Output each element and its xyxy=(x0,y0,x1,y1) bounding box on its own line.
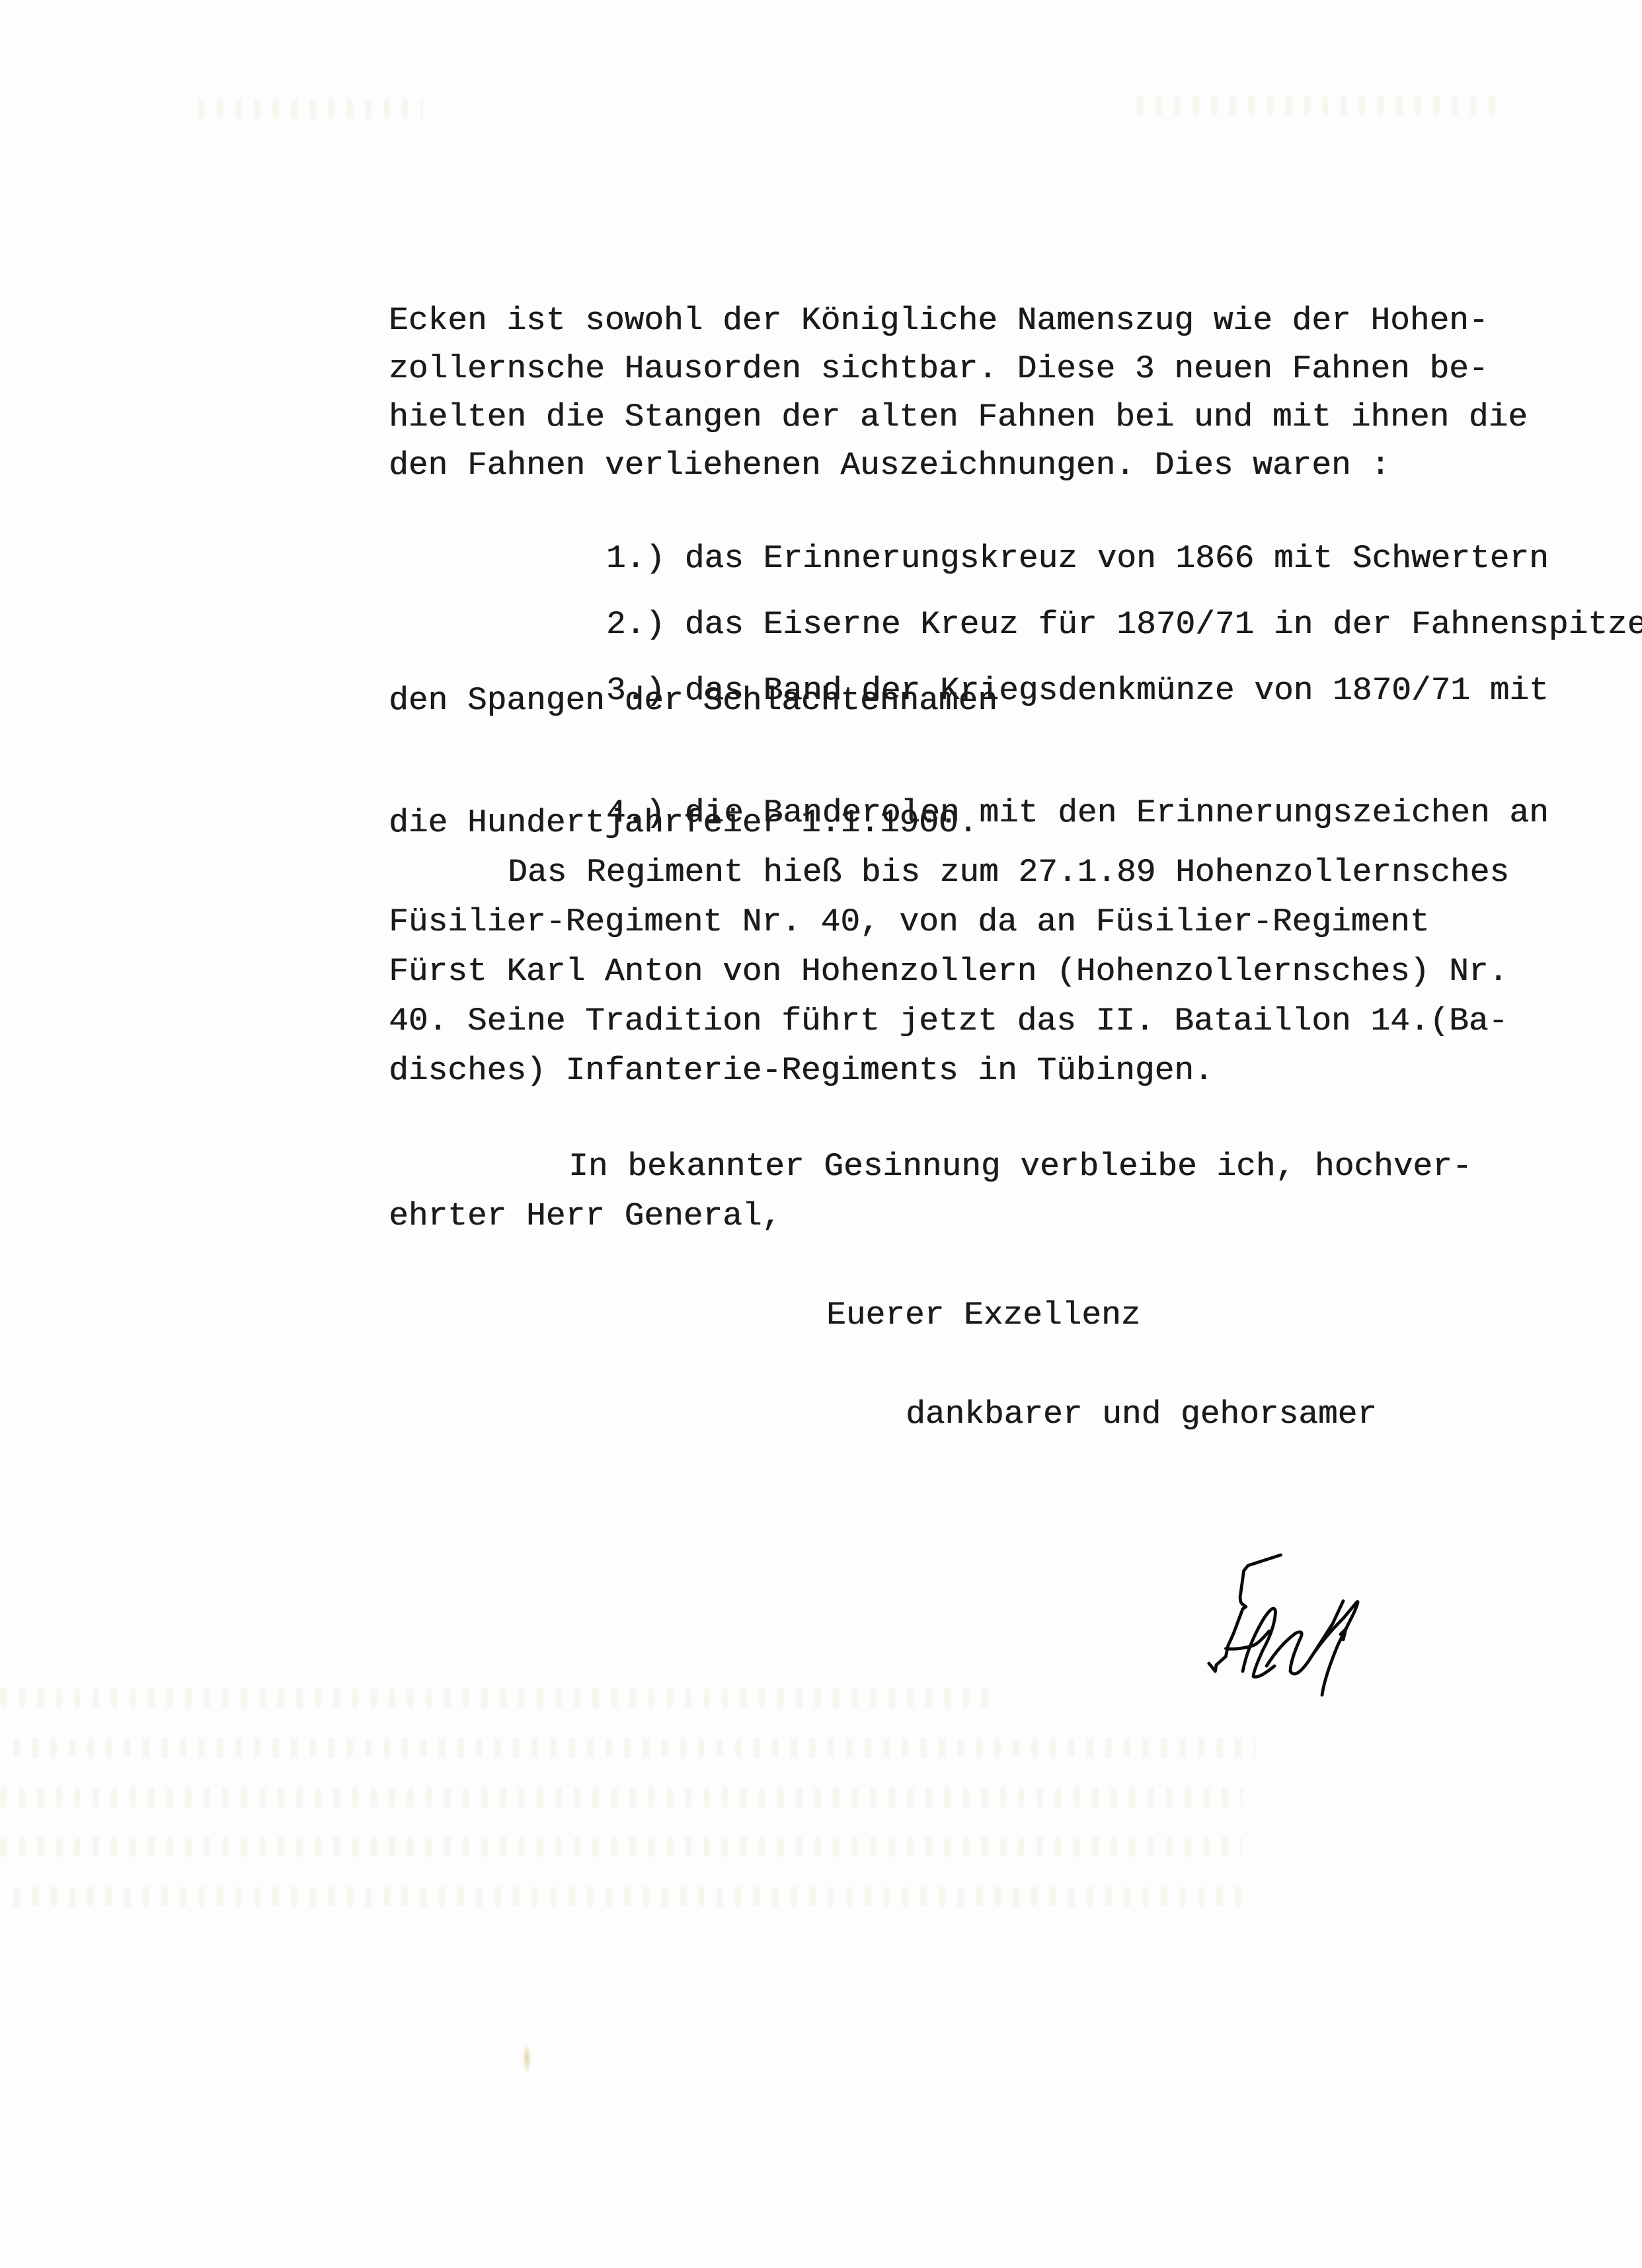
bleed-through-lower-3 xyxy=(0,1788,1243,1807)
salutation: Euerer Exzellenz xyxy=(826,1295,1140,1335)
body-line: hielten die Stangen der alten Fahnen bei… xyxy=(389,397,1528,437)
letter-page: Ecken ist sowohl der Königliche Namenszu… xyxy=(0,0,1642,2268)
list-item-4-continuation: die Hundertjahrfeier 1.1.1900. xyxy=(389,803,978,843)
bleed-through-lower-1 xyxy=(0,1688,992,1708)
paragraph2-line: Fürst Karl Anton von Hohenzollern (Hohen… xyxy=(389,952,1508,991)
body-line: den Fahnen verliehenen Auszeichnungen. D… xyxy=(389,445,1390,485)
paragraph2-line: Das Regiment hieß bis zum 27.1.89 Hohenz… xyxy=(508,852,1509,892)
bleed-through-top-left xyxy=(198,99,423,119)
bleed-through-top-right xyxy=(1137,96,1507,116)
paper-stain xyxy=(522,2042,531,2075)
bleed-through-lower-2 xyxy=(13,1738,1256,1758)
list-item-3-continuation: den Spangen der Schlachtennamen xyxy=(389,681,997,720)
closing-line: ehrter Herr General, xyxy=(389,1196,781,1236)
bleed-through-lower-5 xyxy=(13,1887,1243,1907)
body-line: zollernsche Hausorden sichtbar. Diese 3 … xyxy=(389,349,1488,389)
bleed-through-lower-4 xyxy=(0,1837,1243,1857)
paragraph2-line: disches) Infanterie-Regiments in Tübinge… xyxy=(389,1051,1214,1090)
paragraph2-line: Füsilier-Regiment Nr. 40, von da an Füsi… xyxy=(389,902,1429,942)
valediction: dankbarer und gehorsamer xyxy=(906,1394,1377,1434)
closing-line: In bekannter Gesinnung verbleibe ich, ho… xyxy=(568,1147,1471,1186)
body-line: Ecken ist sowohl der Königliche Namenszu… xyxy=(389,301,1488,340)
signature-icon xyxy=(1163,1513,1401,1718)
paragraph2-line: 40. Seine Tradition führt jetzt das II. … xyxy=(389,1001,1508,1041)
